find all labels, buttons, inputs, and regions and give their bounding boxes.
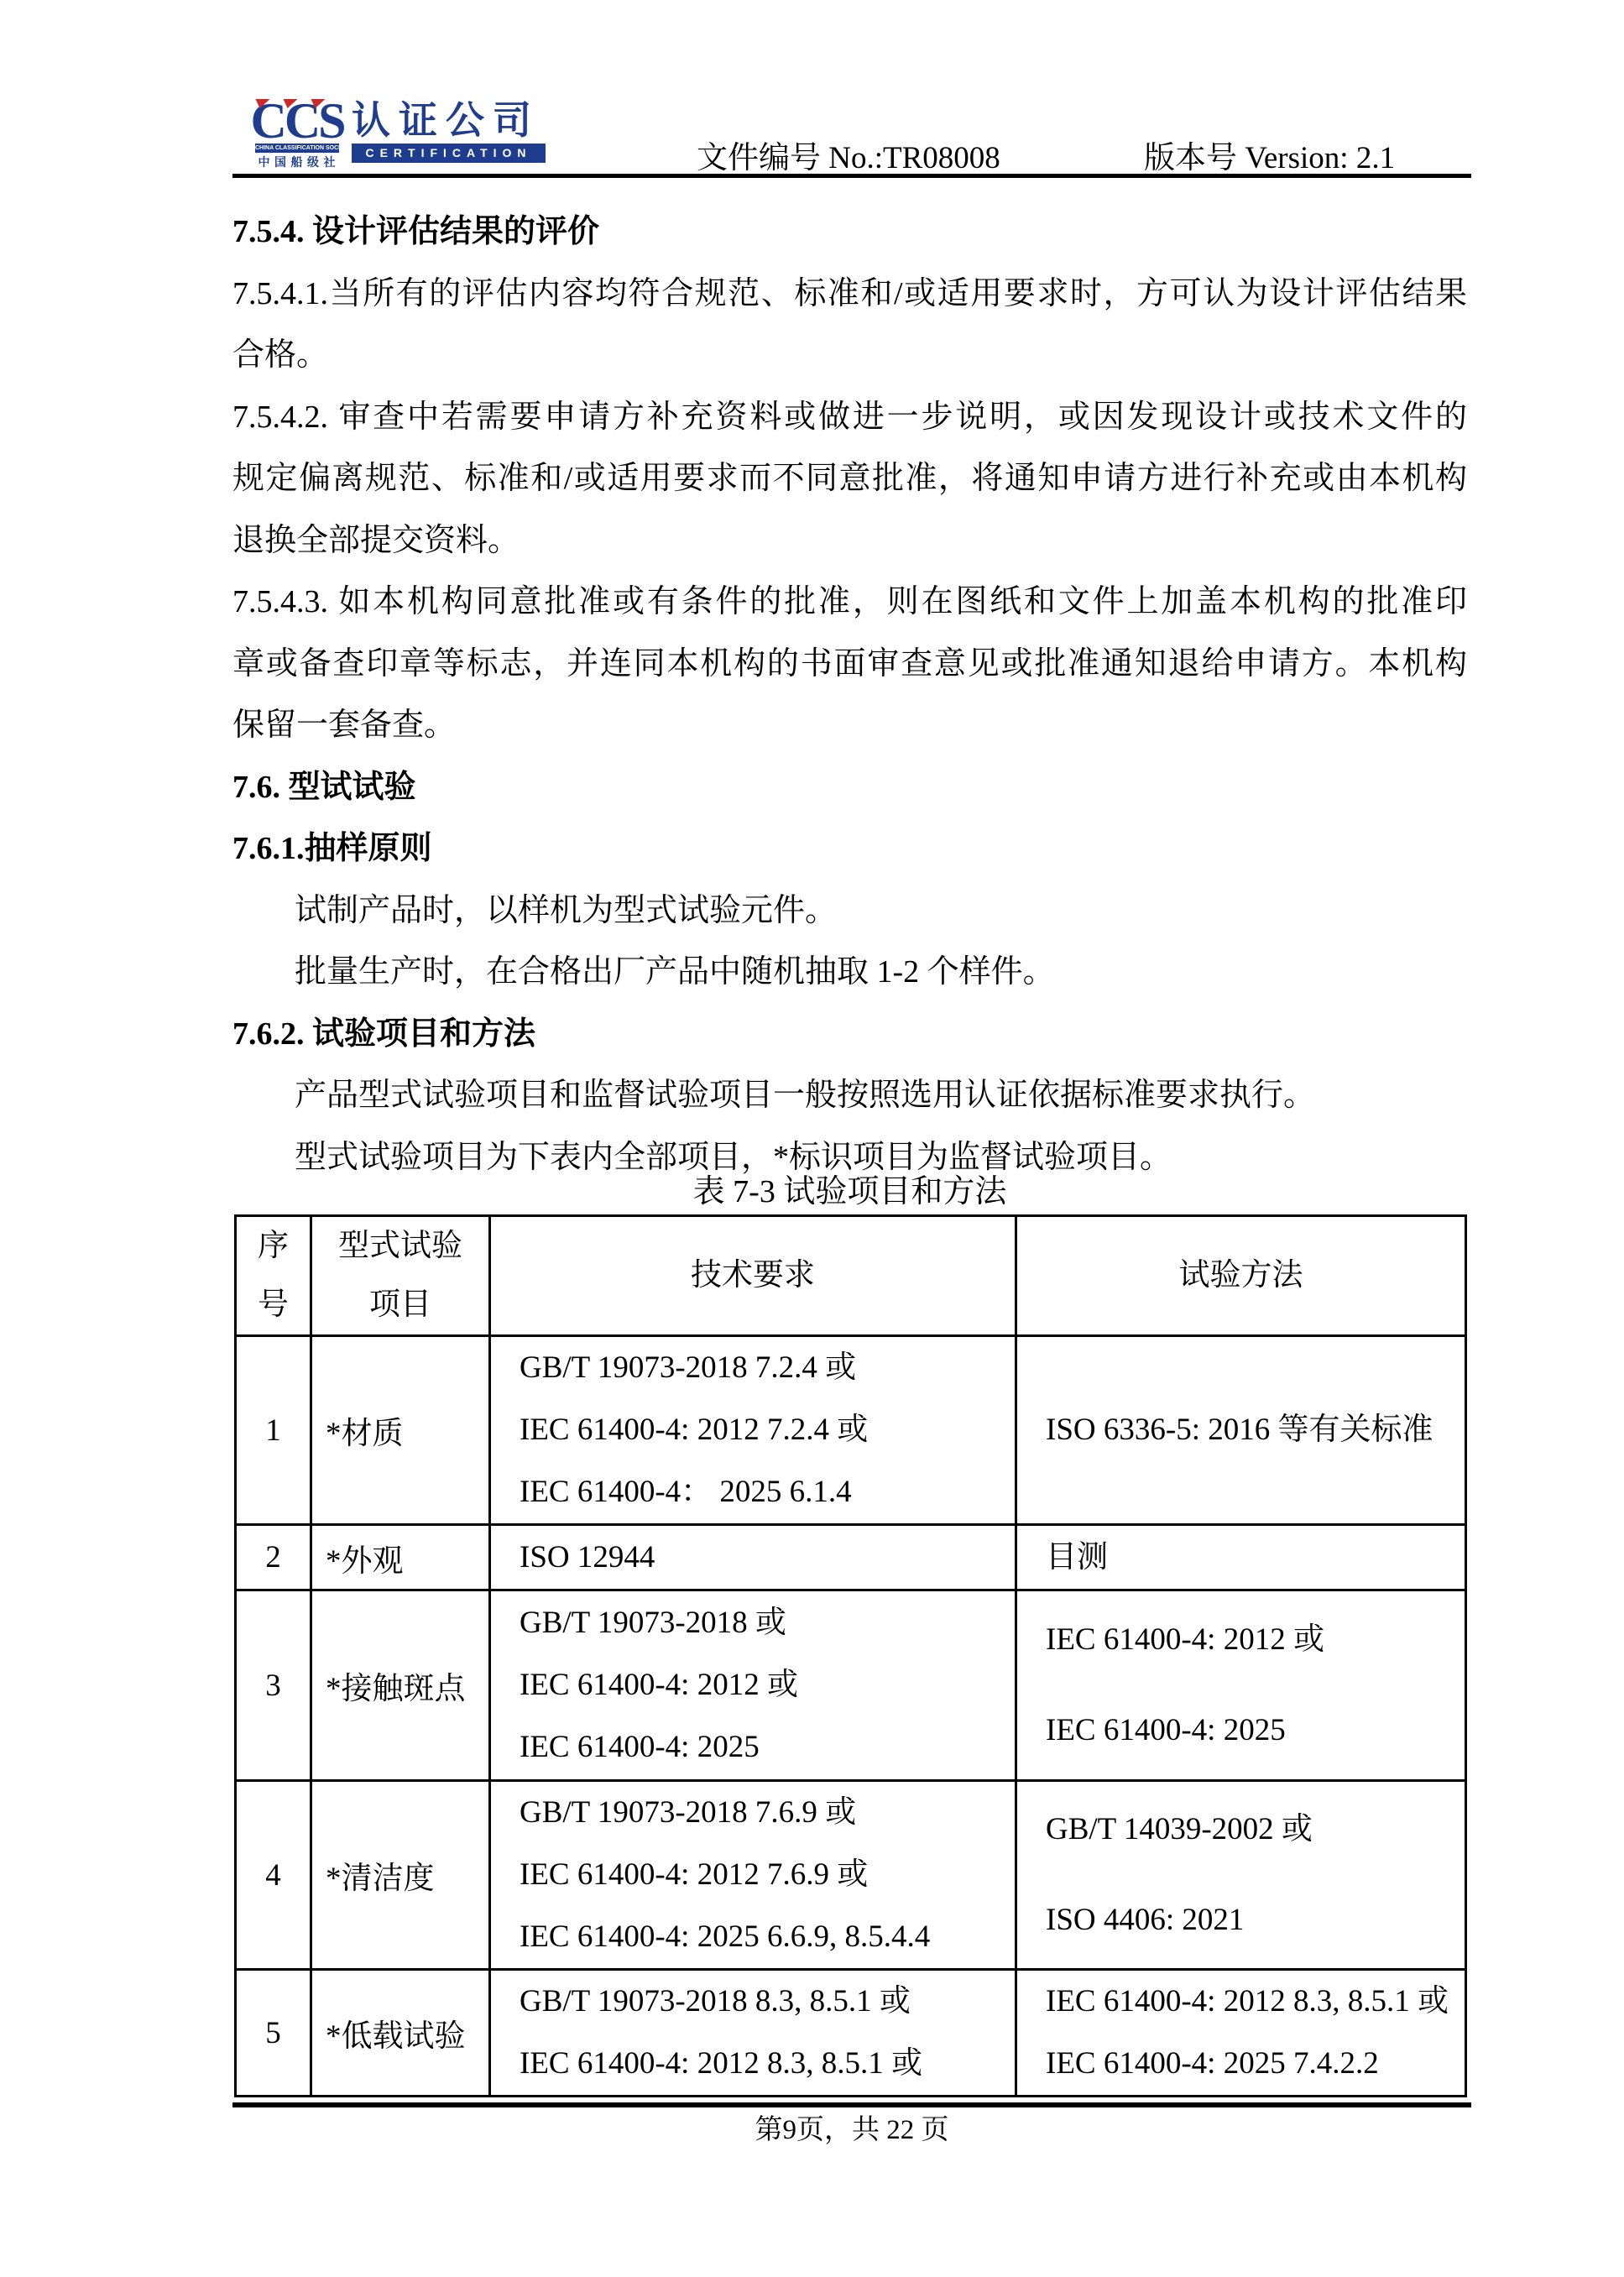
paragraph-7-5-4-2-line-2: 规定偏离规范、标准和/或适用要求而不同意批准，将通知申请方进行补充或由本机构 bbox=[232, 448, 1467, 510]
table-header-row: 序 号 型式试验 项目 技术要求 试验方法 bbox=[236, 1216, 1466, 1336]
cell-item: *清洁度 bbox=[311, 1781, 490, 1970]
cell-seq: 1 bbox=[236, 1336, 311, 1525]
cell-tech: ISO 12944 bbox=[490, 1525, 1016, 1590]
cell-seq: 2 bbox=[236, 1525, 311, 1590]
col-header-seq: 序 号 bbox=[236, 1216, 311, 1336]
col-header-tech-requirement: 技术要求 bbox=[490, 1216, 1016, 1336]
test-items-table: 序 号 型式试验 项目 技术要求 试验方法 1 *材质 GB/T 19073-2… bbox=[234, 1214, 1467, 2097]
table-row: 4 *清洁度 GB/T 19073-2018 7.6.9 或 IEC 61400… bbox=[236, 1781, 1466, 1970]
cell-tech: GB/T 19073-2018 8.3, 8.5.1 或 IEC 61400-4… bbox=[490, 1970, 1016, 2097]
heading-7-6: 7.6. 型试试验 bbox=[232, 757, 1467, 819]
cell-item: *材质 bbox=[311, 1336, 490, 1525]
paragraph-7-5-4-3-line-2: 章或备查印章等标志，并连同本机构的书面审查意见或批准通知退给申请方。本机构 bbox=[232, 634, 1467, 696]
society-name-cn: 中 国 船 级 社 bbox=[258, 154, 337, 170]
version-number: 版本号 Version: 2.1 bbox=[1144, 132, 1395, 177]
cell-item: *低载试验 bbox=[311, 1970, 490, 2097]
document-page: CCS CHINA CLASSIFICATION SOCIETY 中 国 船 级… bbox=[0, 0, 1624, 2277]
col-header-item: 型式试验 项目 bbox=[311, 1216, 490, 1336]
header-divider bbox=[232, 174, 1471, 178]
cell-tech: GB/T 19073-2018 7.2.4 或 IEC 61400-4: 201… bbox=[490, 1336, 1016, 1525]
table-row: 3 *接触斑点 GB/T 19073-2018 或 IEC 61400-4: 2… bbox=[236, 1590, 1466, 1781]
paragraph-7-5-4-3-line-3: 保留一套备查。 bbox=[232, 695, 1467, 757]
page-number: 第9页，共 22 页 bbox=[232, 2112, 1471, 2149]
ccs-logo-left: CCS CHINA CLASSIFICATION SOCIETY 中 国 船 级… bbox=[254, 101, 340, 170]
cell-tech: GB/T 19073-2018 7.6.9 或 IEC 61400-4: 201… bbox=[490, 1781, 1016, 1970]
col-header-test-method: 试验方法 bbox=[1016, 1216, 1466, 1336]
cell-seq: 3 bbox=[236, 1590, 311, 1781]
ccs-logo: CCS CHINA CLASSIFICATION SOCIETY 中 国 船 级… bbox=[254, 101, 546, 170]
table-row: 1 *材质 GB/T 19073-2018 7.2.4 或 IEC 61400-… bbox=[236, 1336, 1466, 1525]
table-caption: 表 7-3 试验项目和方法 bbox=[232, 1172, 1467, 1212]
cell-item: *外观 bbox=[311, 1525, 490, 1590]
cell-seq: 5 bbox=[236, 1970, 311, 2097]
table-row: 2 *外观 ISO 12944 目测 bbox=[236, 1525, 1466, 1590]
body-text: 7.5.4. 设计评估结果的评价 7.5.4.1.当所有的评估内容均符合规范、标… bbox=[232, 201, 1467, 1188]
heading-7-6-2: 7.6.2. 试验项目和方法 bbox=[232, 1004, 1467, 1066]
company-name-cn: 认证公司 bbox=[352, 101, 546, 141]
cell-seq: 4 bbox=[236, 1781, 311, 1970]
paragraph-sampling-2: 批量生产时，在合格出厂产品中随机抽取 1-2 个样件。 bbox=[232, 942, 1467, 1004]
document-number: 文件编号 No.:TR08008 bbox=[697, 132, 1000, 177]
heading-7-6-1: 7.6.1.抽样原则 bbox=[232, 818, 1467, 880]
paragraph-sampling-1: 试制产品时，以样机为型式试验元件。 bbox=[232, 880, 1467, 943]
cell-item: *接触斑点 bbox=[311, 1590, 490, 1781]
heading-7-5-4: 7.5.4. 设计评估结果的评价 bbox=[232, 201, 1467, 264]
table-row: 5 *低载试验 GB/T 19073-2018 8.3, 8.5.1 或 IEC… bbox=[236, 1970, 1466, 2097]
paragraph-7-5-4-3-line-1: 7.5.4.3. 如本机构同意批准或有条件的批准，则在图纸和文件上加盖本机构的批… bbox=[232, 572, 1467, 634]
ccs-wordmark: CCS bbox=[250, 101, 343, 141]
footer-divider bbox=[232, 2102, 1471, 2107]
ccs-logo-right: 认证公司 CERTIFICATION bbox=[352, 101, 546, 163]
paragraph-7-5-4-1-line-1: 7.5.4.1.当所有的评估内容均符合规范、标准和/或适用要求时，方可认为设计评… bbox=[232, 264, 1467, 326]
paragraph-7-5-4-2-line-3: 退换全部提交资料。 bbox=[232, 510, 1467, 572]
certification-banner: CERTIFICATION bbox=[352, 144, 546, 163]
cell-method: GB/T 14039-2002 或 ISO 4406: 2021 bbox=[1016, 1781, 1466, 1970]
paragraph-7-5-4-1-line-2: 合格。 bbox=[232, 325, 1467, 387]
cell-method: 目测 bbox=[1016, 1525, 1466, 1590]
cell-method: IEC 61400-4: 2012 8.3, 8.5.1 或 IEC 61400… bbox=[1016, 1970, 1466, 2097]
cell-tech: GB/T 19073-2018 或 IEC 61400-4: 2012 或 IE… bbox=[490, 1590, 1016, 1781]
cell-method: ISO 6336-5: 2016 等有关标准 bbox=[1016, 1336, 1466, 1525]
cell-method: IEC 61400-4: 2012 或 IEC 61400-4: 2025 bbox=[1016, 1590, 1466, 1781]
paragraph-7-5-4-2-line-1: 7.5.4.2. 审查中若需要申请方补充资料或做进一步说明，或因发现设计或技术文… bbox=[232, 387, 1467, 449]
paragraph-test-items-1: 产品型式试验项目和监督试验项目一般按照选用认证依据标准要求执行。 bbox=[232, 1065, 1467, 1127]
